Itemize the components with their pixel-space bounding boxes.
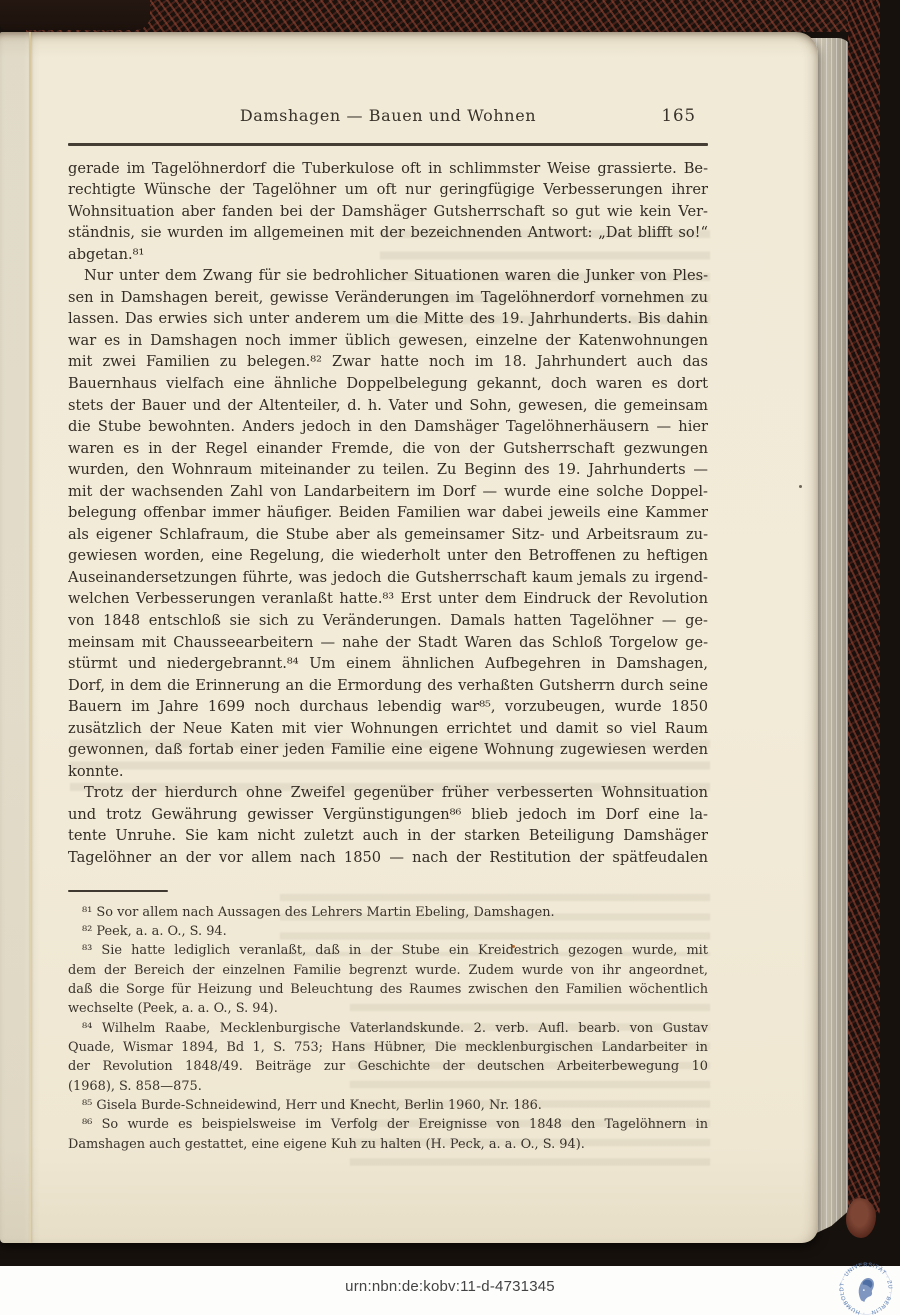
header-rule: [68, 143, 708, 146]
text-line: ⁸² Peek, a. a. O., S. 94.: [68, 922, 708, 941]
text-line: wurden, den Wohnraum miteinander zu teil…: [68, 459, 708, 481]
text-line: mit der wachsenden Zahl von Landarbeiter…: [68, 481, 708, 503]
text-line: gewonnen, daß fortab einer jeden Familie…: [68, 739, 708, 761]
text-line: Nur unter dem Zwang für sie bedrohlicher…: [68, 265, 708, 287]
text-line: stürmt und niedergebrannt.⁸⁴ Um einem äh…: [68, 653, 708, 675]
paragraph: ⁸⁴ Wilhelm Raabe, Mecklenburgische Vater…: [68, 1019, 708, 1096]
text-line: Tagelöhner an der vor allem nach 1850 — …: [68, 847, 708, 869]
text-line: die Stube bewohnten. Anders jedoch in de…: [68, 416, 708, 438]
text-line: Wohnsituation aber fanden bei der Damshä…: [68, 201, 708, 223]
footnotes: ⁸¹ So vor allem nach Aussagen des Lehrer…: [68, 903, 708, 1154]
text-line: Bauernhaus vielfach eine ähnliche Doppel…: [68, 373, 708, 395]
text-line: ⁸⁴ Wilhelm Raabe, Mecklenburgische Vater…: [68, 1019, 708, 1038]
book-cover-right-edge: [848, 0, 880, 1218]
text-line: lassen. Das erwies sich unter anderem um…: [68, 308, 708, 330]
text-line: Trotz der hierdurch ohne Zweifel gegenüb…: [68, 782, 708, 804]
text-line: war es in Damshagen noch immer üblich ge…: [68, 330, 708, 352]
text-line: belegung offenbar immer häufiger. Beiden…: [68, 502, 708, 524]
text-line: rechtigte Wünsche der Tagelöhner um oft …: [68, 179, 708, 201]
text-line: sen in Damshagen bereit, gewisse Verände…: [68, 287, 708, 309]
text-line: ⁸¹ So vor allem nach Aussagen des Lehrer…: [68, 903, 708, 922]
text-line: konnte.: [68, 761, 708, 783]
text-line: mit zwei Familien zu belegen.⁸² Zwar hat…: [68, 351, 708, 373]
bookmark-ribbon-knot: [846, 1198, 876, 1238]
book-cover-top-edge: [26, 0, 878, 32]
dust-speck: [799, 485, 802, 488]
page-content: Damshagen — Bauen und Wohnen 165 gerade …: [68, 106, 708, 1154]
text-line: ⁸⁶ So wurde es beispielsweise im Verfolg…: [68, 1115, 708, 1134]
text-line: von 1848 entschloß sie sich zu Veränderu…: [68, 610, 708, 632]
urn-label: urn:nbn:de:kobv:11-d-4731345: [0, 1278, 900, 1295]
paragraph: ⁸⁶ So wurde es beispielsweise im Verfolg…: [68, 1115, 708, 1154]
text-line: zusätzlich der Neue Katen mit vier Wohnu…: [68, 718, 708, 740]
text-line: ⁸⁵ Gisela Burde-Schneidewind, Herr und K…: [68, 1096, 708, 1115]
body-text: gerade im Tagelöhnerdorf die Tuberkulose…: [68, 158, 708, 869]
text-line: Bauern im Jahre 1699 noch durchaus leben…: [68, 696, 708, 718]
page-number: 165: [662, 106, 697, 125]
viewer-bottom-bar: urn:nbn:de:kobv:11-d-4731345 · HUMBOLDT …: [0, 1266, 900, 1315]
text-line: waren es in der Regel einander Fremde, d…: [68, 438, 708, 460]
text-line: ⁸³ Sie hatte lediglich veranlaßt, daß in…: [68, 941, 708, 960]
text-line: ständnis, sie wurden im allgemeinen mit …: [68, 222, 708, 244]
text-line: abgetan.⁸¹: [68, 244, 708, 266]
text-line: der Revolution 1848/49. Beiträge zur Ges…: [68, 1057, 708, 1076]
paragraph: Trotz der hierdurch ohne Zweifel gegenüb…: [68, 782, 708, 868]
text-line: welchen Verbesserungen veranlaßt hatte.⁸…: [68, 588, 708, 610]
text-line: meinsam mit Chausseearbeitern — nahe der…: [68, 632, 708, 654]
text-line: (1968), S. 858—875.: [68, 1077, 708, 1096]
paragraph: gerade im Tagelöhnerdorf die Tuberkulose…: [68, 158, 708, 266]
text-line: dem der Bereich der einzelnen Familie be…: [68, 961, 708, 980]
page-gutter-crease: [29, 32, 31, 1243]
text-line: als eigener Schlafraum, die Stube aber a…: [68, 524, 708, 546]
paragraph: ⁸⁵ Gisela Burde-Schneidewind, Herr und K…: [68, 1096, 708, 1115]
text-line: wechselte (Peek, a. a. O., S. 94).: [68, 999, 708, 1018]
paragraph: ⁸² Peek, a. a. O., S. 94.: [68, 922, 708, 941]
text-line: Dorf, in dem die Erinnerung an die Ermor…: [68, 675, 708, 697]
text-line: Quade, Wismar 1894, Bd 1, S. 753; Hans H…: [68, 1038, 708, 1057]
text-line: Auseinandersetzungen führte, was jedoch …: [68, 567, 708, 589]
paragraph: Nur unter dem Zwang für sie bedrohlicher…: [68, 265, 708, 782]
text-line: daß die Sorge für Heizung und Beleuchtun…: [68, 980, 708, 999]
paragraph: ⁸³ Sie hatte lediglich veranlaßt, daß in…: [68, 941, 708, 1018]
university-seal-icon: · HUMBOLDT · UNIVERSITÄT · ZU · BERLIN: [839, 1262, 893, 1315]
page-title: Damshagen — Bauen und Wohnen: [68, 106, 708, 125]
paragraph: ⁸¹ So vor allem nach Aussagen des Lehrer…: [68, 903, 708, 922]
text-line: gewiesen worden, eine Regelung, die wied…: [68, 545, 708, 567]
running-header: Damshagen — Bauen und Wohnen 165: [68, 106, 708, 136]
text-line: und trotz Gewährung gewisser Vergünstigu…: [68, 804, 708, 826]
text-line: tente Unruhe. Sie kam nicht zuletzt auch…: [68, 825, 708, 847]
book-spine-corner: [0, 0, 150, 30]
text-line: Damshagen auch gestattet, eine eigene Ku…: [68, 1135, 708, 1154]
scanned-page: Damshagen — Bauen und Wohnen 165 gerade …: [0, 32, 818, 1243]
text-line: stets der Bauer und der Altenteiler, d. …: [68, 395, 708, 417]
footnote-separator: [68, 890, 168, 892]
text-line: gerade im Tagelöhnerdorf die Tuberkulose…: [68, 158, 708, 180]
